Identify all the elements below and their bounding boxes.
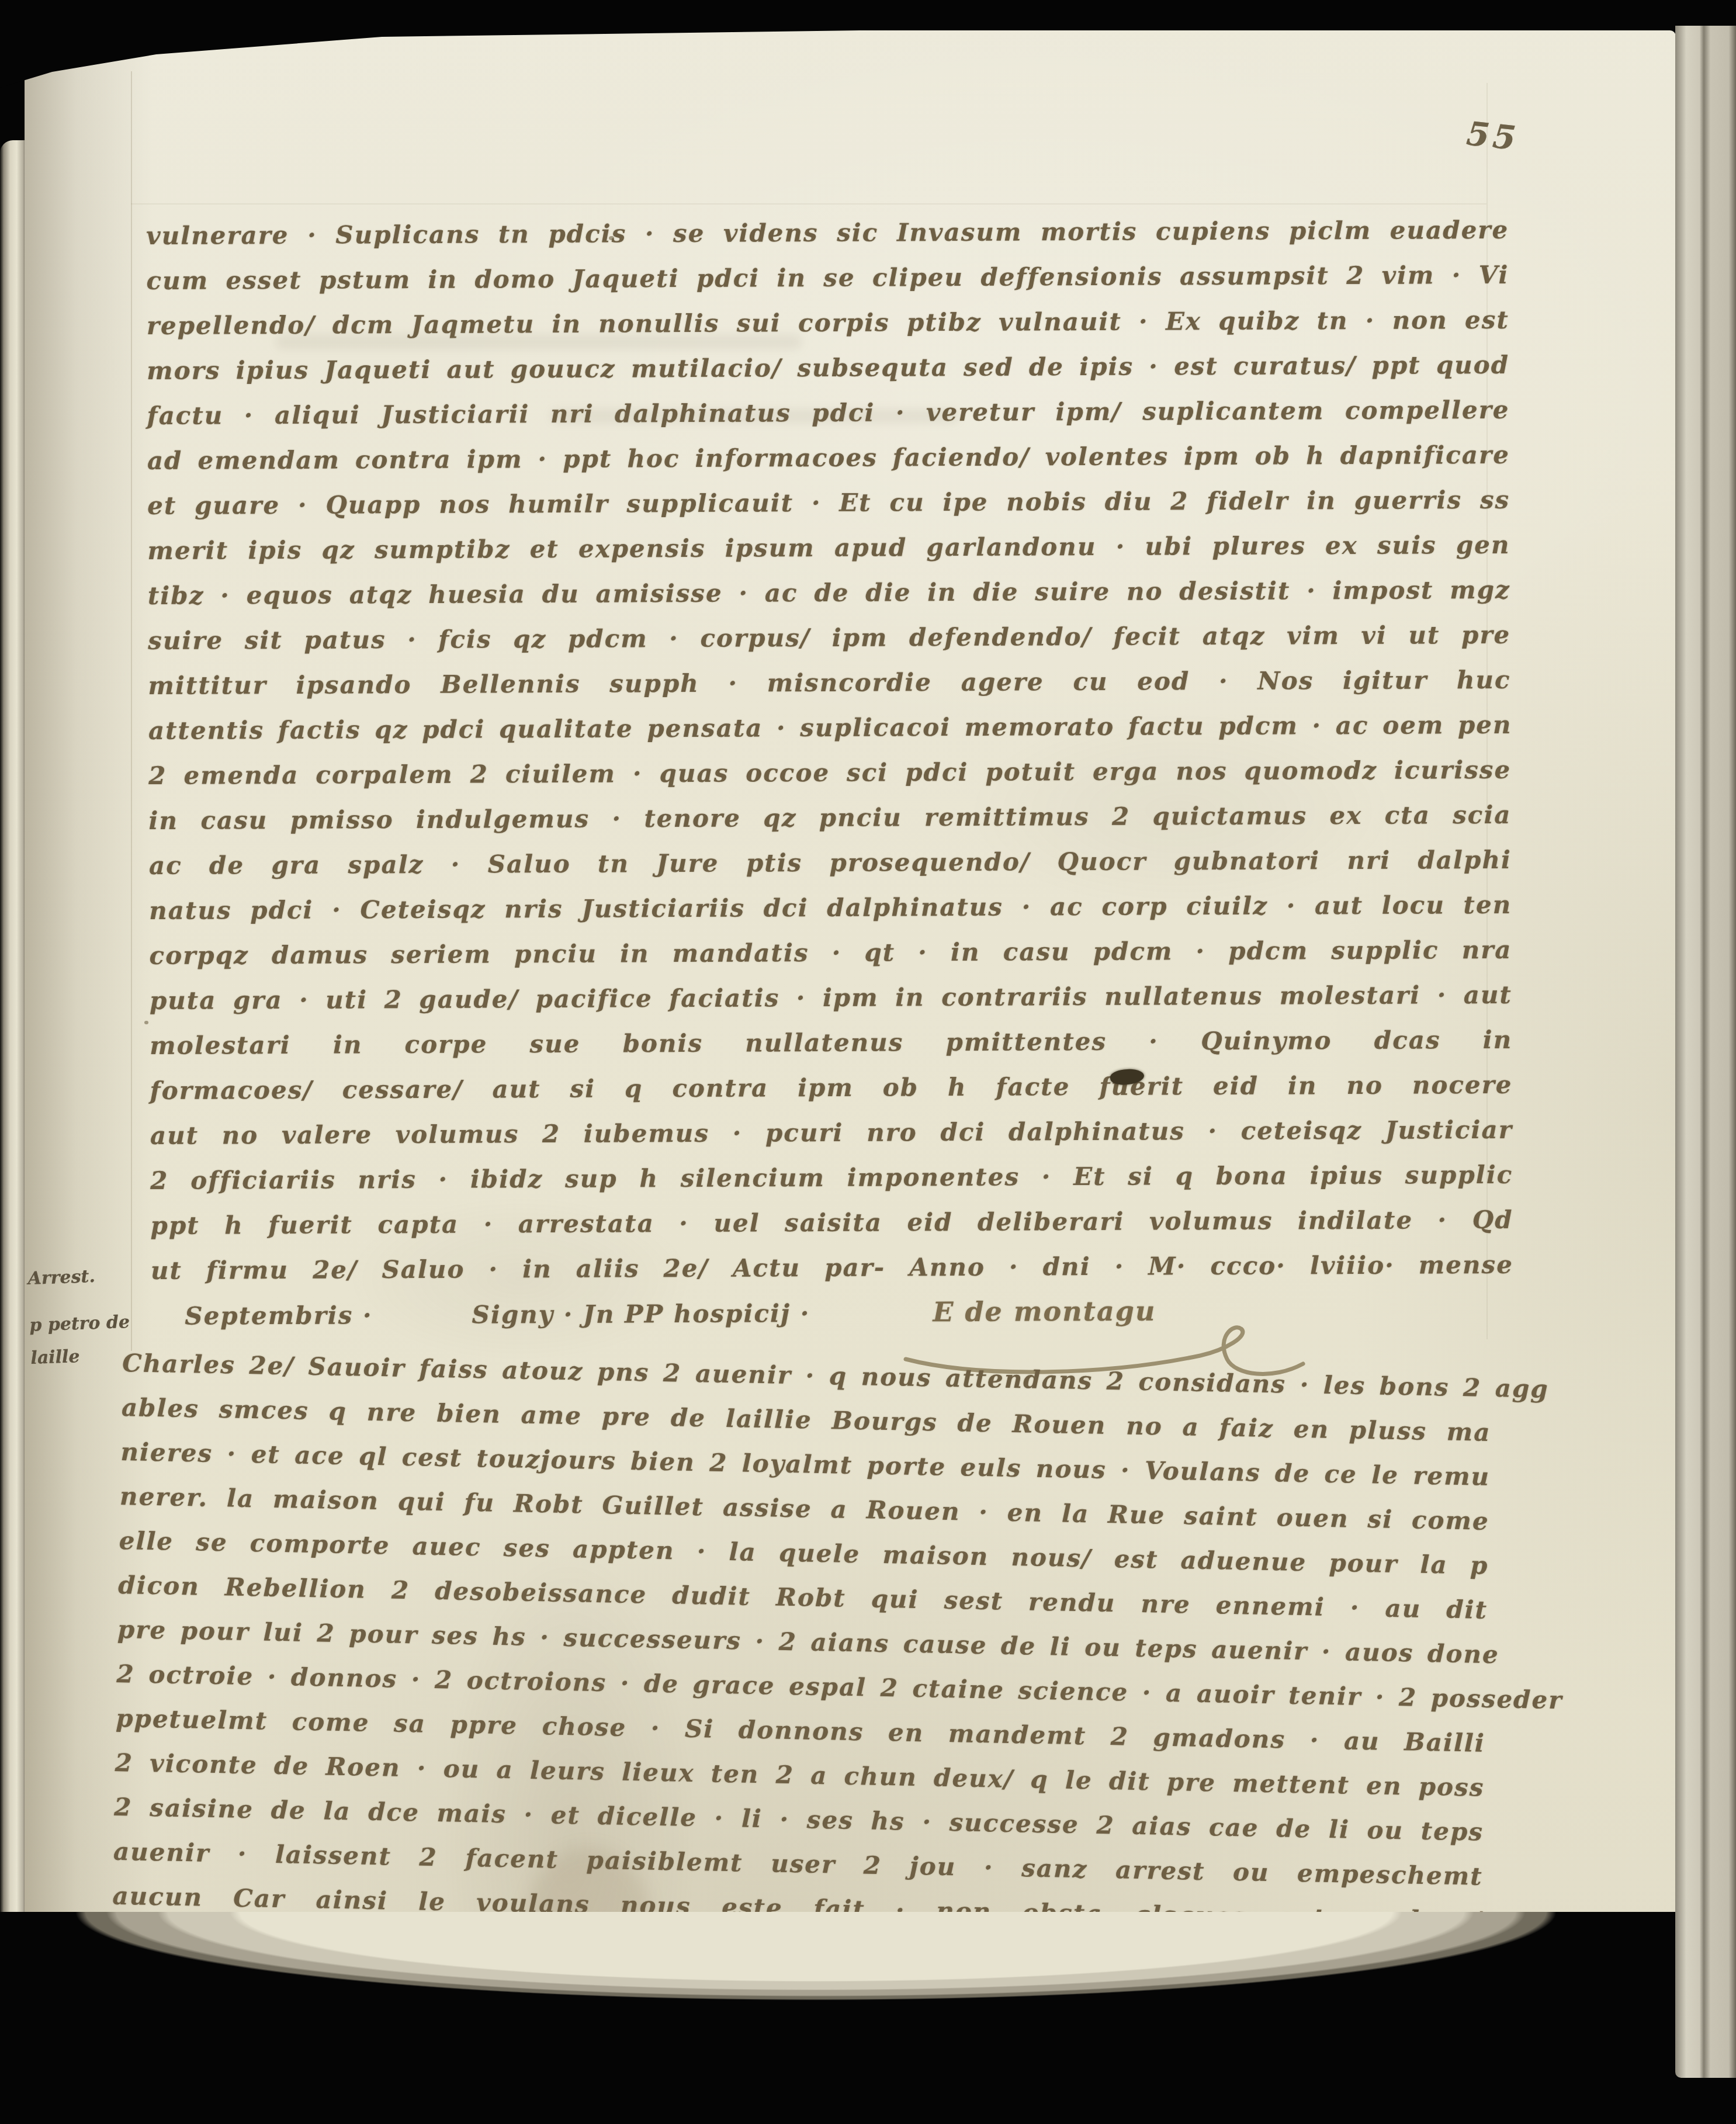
page-bottom-edges xyxy=(0,1912,1736,2124)
closing-date: Septembris · xyxy=(185,1293,373,1338)
manuscript-line: in casu pmisso indulgemus · tenore qz pn… xyxy=(148,792,1511,843)
manuscript-line: aut no valere volumus 2 iubemus · pcuri … xyxy=(150,1107,1513,1158)
manuscript-line: tibz · equos atqz huesia du amisisse · a… xyxy=(148,567,1510,618)
manuscript-line: vulnerare · Suplicans tn pdcis · se vide… xyxy=(146,207,1509,258)
ink-speck xyxy=(144,1021,148,1024)
manuscript-line: natus pdci · Ceteisqz nris Justiciariis … xyxy=(149,882,1512,933)
manuscript-line: factu · aliqui Justiciarii nri dalphinat… xyxy=(147,387,1509,438)
fore-edge-pages xyxy=(1675,26,1736,2078)
manuscript-line: merit ipis qz sumptibz et expensis ipsum… xyxy=(147,522,1510,573)
manuscript-line: ac de gra spalz · Saluo tn Jure ptis pro… xyxy=(149,837,1512,888)
latin-act: vulnerare · Suplicans tn pdcis · se vide… xyxy=(146,207,1513,1338)
french-act: Charles 2e/ Sauoir faiss atouz pns 2 aue… xyxy=(112,1341,1492,1943)
facing-page-edge xyxy=(0,140,27,1952)
closing-signum: Signy · Jn PP hospicij · xyxy=(472,1291,810,1338)
manuscript-line: repellendo/ dcm Jaqmetu in nonullis sui … xyxy=(147,297,1509,348)
manuscript-line: puta gra · uti 2 gaude/ pacifice faciati… xyxy=(150,972,1512,1023)
margin-note-line: laille xyxy=(30,1339,130,1375)
margin-note: Arrest.p petro delaille xyxy=(27,1259,131,1375)
manuscript-line: 2 officiariis nris · ibidz sup h silenci… xyxy=(150,1152,1513,1203)
latin-act-lines: vulnerare · Suplicans tn pdcis · se vide… xyxy=(146,207,1513,1293)
margin-note-line: p petro de xyxy=(29,1306,129,1342)
manuscript-line: ad emendam contra ipm · ppt hoc informac… xyxy=(147,432,1510,483)
manuscript-line: cum esset pstum in domo Jaqueti pdci in … xyxy=(146,252,1509,303)
margin-note-line: Arrest. xyxy=(27,1259,128,1295)
ruling-line-top xyxy=(131,203,1486,205)
manuscript-line: attentis factis qz pdci qualitate pensat… xyxy=(148,702,1511,753)
manuscript-line: molestari in corpe sue bonis nullatenus … xyxy=(150,1017,1512,1068)
french-act-lines: Charles 2e/ Sauoir faiss atouz pns 2 aue… xyxy=(112,1341,1492,1943)
manuscript-line: formacoes/ cessare/ aut si q contra ipm … xyxy=(150,1062,1512,1113)
manuscript-page: 55 Arrest.p petro delaille vulnerare · S… xyxy=(25,30,1676,1981)
manuscript-line: 2 emenda corpalem 2 ciuilem · quas occoe… xyxy=(148,747,1511,798)
folio-number: 55 xyxy=(1465,114,1521,158)
manuscript-line: et guare · Quapp nos humilr supplicauit … xyxy=(147,477,1510,528)
manuscript-line: ut firmu 2e/ Saluo · in aliis 2e/ Actu p… xyxy=(151,1242,1513,1293)
manuscript-line: mittitur ipsando Bellennis supph · misnc… xyxy=(148,657,1510,708)
manuscript-line: corpqz damus seriem pnciu in mandatis · … xyxy=(149,927,1512,978)
manuscript-line: mors ipius Jaqueti aut gouucz mutilacio/… xyxy=(147,342,1509,393)
ruling-line-left xyxy=(131,71,132,1351)
manuscript-line: ppt h fuerit capta · arrestata · uel sai… xyxy=(150,1197,1513,1248)
manuscript-line: suire sit patus · fcis qz pdcm · corpus/… xyxy=(148,612,1510,663)
